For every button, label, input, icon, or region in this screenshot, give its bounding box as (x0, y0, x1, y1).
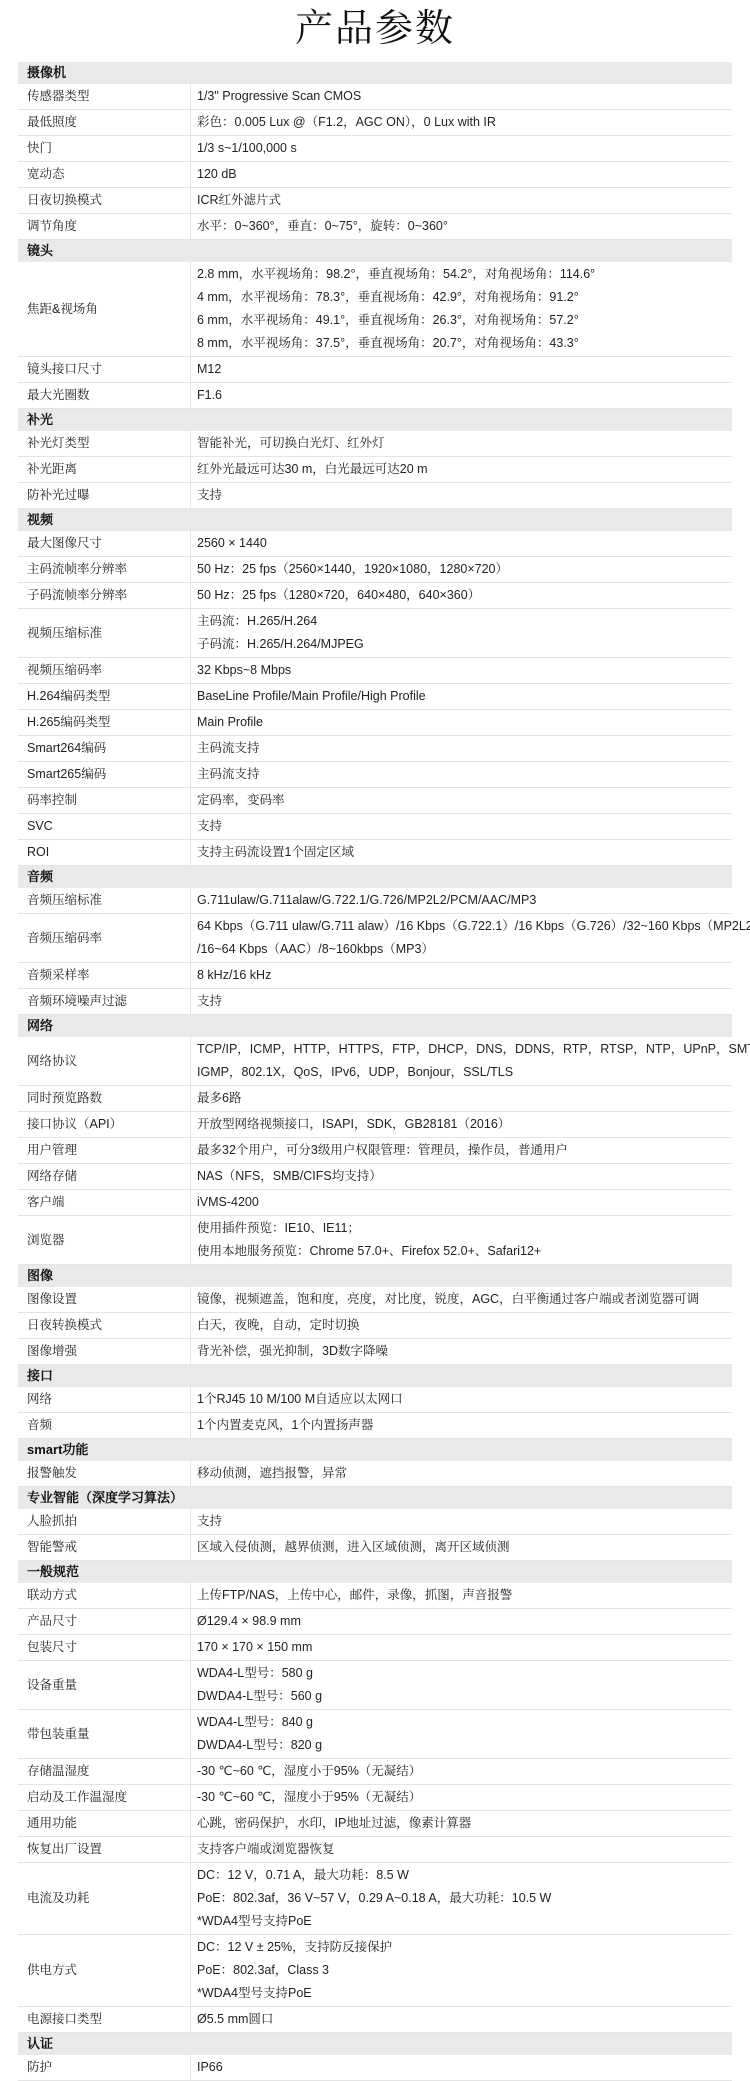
row-value: -30 ℃~60 ℃，湿度小于95%（无凝结） (190, 1785, 732, 1810)
spec-row: 日夜切换模式ICR红外滤片式 (18, 188, 732, 214)
row-value: 智能补光，可切换白光灯、红外灯 (190, 431, 732, 456)
spec-row: 补光灯类型智能补光，可切换白光灯、红外灯 (18, 431, 732, 457)
value-line: 支持 (197, 990, 730, 1013)
spec-row: 视频压缩标准主码流：H.265/H.264子码流：H.265/H.264/MJP… (18, 609, 732, 658)
spec-row: 浏览器使用插件预览：IE10、IE11；使用本地服务预览：Chrome 57.0… (18, 1216, 732, 1265)
spec-row: 传感器类型1/3" Progressive Scan CMOS (18, 84, 732, 110)
spec-row: 同时预览路数最多6路 (18, 1086, 732, 1112)
row-value: ICR红外滤片式 (190, 188, 732, 213)
spec-row: 报警触发移动侦测，遮挡报警，异常 (18, 1461, 732, 1487)
value-line: 支持 (197, 484, 730, 507)
row-label: 浏览器 (18, 1216, 190, 1264)
value-line: IGMP，802.1X，QoS，IPv6，UDP，Bonjour，SSL/TLS (197, 1061, 730, 1084)
spec-row: 接口协议（API）开放型网络视频接口，ISAPI，SDK，GB28181（201… (18, 1112, 732, 1138)
row-value: 支持主码流设置1个固定区域 (190, 840, 732, 865)
value-line: Ø5.5 mm圆口 (197, 2008, 730, 2031)
value-line: NAS（NFS，SMB/CIFS均支持） (197, 1165, 730, 1188)
row-value: Ø5.5 mm圆口 (190, 2007, 732, 2032)
section-header: 认证 (18, 2033, 732, 2055)
row-label: 补光距离 (18, 457, 190, 482)
value-line: 水平：0~360°，垂直：0~75°，旋转：0~360° (197, 215, 730, 238)
row-value: 心跳，密码保护，水印，IP地址过滤，像素计算器 (190, 1811, 732, 1836)
spec-row: 防护IP66 (18, 2055, 732, 2081)
section-header: 专业智能（深度学习算法） (18, 1487, 732, 1509)
spec-row: SVC支持 (18, 814, 732, 840)
value-line: 开放型网络视频接口，ISAPI，SDK，GB28181（2016） (197, 1113, 730, 1136)
value-line: 2.8 mm，水平视场角：98.2°，垂直视场角：54.2°，对角视场角：114… (197, 263, 730, 286)
row-value: iVMS-4200 (190, 1190, 732, 1215)
spec-row: 电流及功耗DC：12 V，0.71 A，最大功耗：8.5 WPoE：802.3a… (18, 1863, 732, 1935)
row-label: 存储温湿度 (18, 1759, 190, 1784)
section-header: 音频 (18, 866, 732, 888)
row-label: 主码流帧率分辨率 (18, 557, 190, 582)
row-value: 支持客户端或浏览器恢复 (190, 1837, 732, 1862)
value-line: 支持主码流设置1个固定区域 (197, 841, 730, 864)
value-line: DWDA4-L型号：820 g (197, 1734, 730, 1757)
section-header: 补光 (18, 409, 732, 431)
row-value: 最多6路 (190, 1086, 732, 1111)
row-value: 支持 (190, 1509, 732, 1534)
row-value: 64 Kbps（G.711 ulaw/G.711 alaw）/16 Kbps（G… (190, 914, 732, 962)
value-line: 120 dB (197, 163, 730, 186)
value-line: 50 Hz：25 fps（1280×720，640×480，640×360） (197, 584, 730, 607)
spec-row: H.264编码类型BaseLine Profile/Main Profile/H… (18, 684, 732, 710)
row-label: 码率控制 (18, 788, 190, 813)
value-line: 最多32个用户，可分3级用户权限管理：管理员，操作员，普通用户 (197, 1139, 730, 1162)
spec-row: ROI支持主码流设置1个固定区域 (18, 840, 732, 866)
row-label: 视频压缩码率 (18, 658, 190, 683)
row-label: 日夜转换模式 (18, 1313, 190, 1338)
spec-row: 镜头接口尺寸M12 (18, 357, 732, 383)
spec-row: 网络协议TCP/IP，ICMP，HTTP，HTTPS，FTP，DHCP，DNS，… (18, 1037, 732, 1086)
spec-row: 人脸抓拍支持 (18, 1509, 732, 1535)
value-line: -30 ℃~60 ℃，湿度小于95%（无凝结） (197, 1760, 730, 1783)
row-label: 供电方式 (18, 1935, 190, 2006)
row-label: 子码流帧率分辨率 (18, 583, 190, 608)
section-header: 一般规范 (18, 1561, 732, 1583)
section-header: 接口 (18, 1365, 732, 1387)
row-value: 最多32个用户，可分3级用户权限管理：管理员，操作员，普通用户 (190, 1138, 732, 1163)
spec-row: Smart264编码主码流支持 (18, 736, 732, 762)
row-value: 使用插件预览：IE10、IE11；使用本地服务预览：Chrome 57.0+、F… (190, 1216, 732, 1264)
row-value: 8 kHz/16 kHz (190, 963, 732, 988)
value-line: 上传FTP/NAS，上传中心，邮件，录像，抓图，声音报警 (197, 1584, 730, 1607)
section-header: 摄像机 (18, 62, 732, 84)
value-line: 心跳，密码保护，水印，IP地址过滤，像素计算器 (197, 1812, 730, 1835)
value-line: *WDA4型号支持PoE (197, 1910, 730, 1933)
value-line: PoE：802.3af，Class 3 (197, 1959, 730, 1982)
row-label: 设备重量 (18, 1661, 190, 1709)
spec-row: 供电方式DC：12 V ± 25%，支持防反接保护PoE：802.3af，Cla… (18, 1935, 732, 2007)
spec-row: 最大光圈数F1.6 (18, 383, 732, 409)
row-value: 红外光最远可达30 m，白光最远可达20 m (190, 457, 732, 482)
value-line: 8 mm，水平视场角：37.5°，垂直视场角：20.7°，对角视场角：43.3° (197, 332, 730, 355)
value-line: F1.6 (197, 384, 730, 407)
row-value: NAS（NFS，SMB/CIFS均支持） (190, 1164, 732, 1189)
value-line: 智能补光，可切换白光灯、红外灯 (197, 432, 730, 455)
value-line: DC：12 V，0.71 A，最大功耗：8.5 W (197, 1864, 730, 1887)
spec-row: 产品尺寸Ø129.4 × 98.9 mm (18, 1609, 732, 1635)
row-label: 通用功能 (18, 1811, 190, 1836)
spec-table: 摄像机传感器类型1/3" Progressive Scan CMOS最低照度彩色… (18, 62, 732, 2081)
value-line: IP66 (197, 2056, 730, 2079)
row-label: 带包装重量 (18, 1710, 190, 1758)
spec-row: H.265编码类型Main Profile (18, 710, 732, 736)
row-label: 快门 (18, 136, 190, 161)
section-header: 网络 (18, 1015, 732, 1037)
row-value: 32 Kbps~8 Mbps (190, 658, 732, 683)
row-value: 支持 (190, 989, 732, 1014)
spec-row: 音频压缩标准G.711ulaw/G.711alaw/G.722.1/G.726/… (18, 888, 732, 914)
value-line: ICR红外滤片式 (197, 189, 730, 212)
row-value: 1/3" Progressive Scan CMOS (190, 84, 732, 109)
value-line: /16~64 Kbps（AAC）/8~160kbps（MP3） (197, 938, 730, 961)
row-value: 50 Hz：25 fps（1280×720，640×480，640×360） (190, 583, 732, 608)
section-header: 视频 (18, 509, 732, 531)
section-header: smart功能 (18, 1439, 732, 1461)
product-spec-page: 产品参数 摄像机传感器类型1/3" Progressive Scan CMOS最… (0, 0, 750, 2081)
row-value: G.711ulaw/G.711alaw/G.722.1/G.726/MP2L2/… (190, 888, 732, 913)
value-line: BaseLine Profile/Main Profile/High Profi… (197, 685, 730, 708)
value-line: 背光补偿，强光抑制，3D数字降噪 (197, 1340, 730, 1363)
value-line: PoE：802.3af，36 V~57 V，0.29 A~0.18 A，最大功耗… (197, 1887, 730, 1910)
spec-row: 视频压缩码率32 Kbps~8 Mbps (18, 658, 732, 684)
value-line: 6 mm，水平视场角：49.1°，垂直视场角：26.3°，对角视场角：57.2° (197, 309, 730, 332)
value-line: M12 (197, 358, 730, 381)
value-line: 4 mm，水平视场角：78.3°，垂直视场角：42.9°，对角视场角：91.2° (197, 286, 730, 309)
spec-row: 主码流帧率分辨率50 Hz：25 fps（2560×1440，1920×1080… (18, 557, 732, 583)
value-line: 1个RJ45 10 M/100 M自适应以太网口 (197, 1388, 730, 1411)
row-label: 日夜切换模式 (18, 188, 190, 213)
row-value: 1个RJ45 10 M/100 M自适应以太网口 (190, 1387, 732, 1412)
row-value: 2560 × 1440 (190, 531, 732, 556)
row-value: 1/3 s~1/100,000 s (190, 136, 732, 161)
row-label: 焦距&视场角 (18, 262, 190, 356)
spec-row: 联动方式上传FTP/NAS，上传中心，邮件，录像，抓图，声音报警 (18, 1583, 732, 1609)
spec-row: 客户端iVMS-4200 (18, 1190, 732, 1216)
row-value: WDA4-L型号：840 gDWDA4-L型号：820 g (190, 1710, 732, 1758)
spec-row: 恢复出厂设置支持客户端或浏览器恢复 (18, 1837, 732, 1863)
row-value: F1.6 (190, 383, 732, 408)
value-line: 8 kHz/16 kHz (197, 964, 730, 987)
spec-row: 智能警戒区域入侵侦测，越界侦测，进入区域侦测，离开区域侦测 (18, 1535, 732, 1561)
spec-row: 电源接口类型Ø5.5 mm圆口 (18, 2007, 732, 2033)
row-label: Smart264编码 (18, 736, 190, 761)
row-value: Main Profile (190, 710, 732, 735)
row-label: 宽动态 (18, 162, 190, 187)
spec-row: 包装尺寸170 × 170 × 150 mm (18, 1635, 732, 1661)
spec-row: 网络1个RJ45 10 M/100 M自适应以太网口 (18, 1387, 732, 1413)
row-value: BaseLine Profile/Main Profile/High Profi… (190, 684, 732, 709)
spec-row: 日夜转换模式白天，夜晚，自动，定时切换 (18, 1313, 732, 1339)
row-label: 接口协议（API） (18, 1112, 190, 1137)
row-label: 视频压缩标准 (18, 609, 190, 657)
row-label: 音频压缩标准 (18, 888, 190, 913)
row-value: 1个内置麦克风，1个内置扬声器 (190, 1413, 732, 1438)
row-label: 包装尺寸 (18, 1635, 190, 1660)
row-label: 调节角度 (18, 214, 190, 239)
value-line: WDA4-L型号：840 g (197, 1711, 730, 1734)
spec-row: 音频采样率8 kHz/16 kHz (18, 963, 732, 989)
page-title: 产品参数 (0, 0, 750, 62)
value-line: 主码流：H.265/H.264 (197, 610, 730, 633)
row-value: 上传FTP/NAS，上传中心，邮件，录像，抓图，声音报警 (190, 1583, 732, 1608)
spec-row: 存储温湿度-30 ℃~60 ℃，湿度小于95%（无凝结） (18, 1759, 732, 1785)
row-value: 支持 (190, 814, 732, 839)
section-header: 图像 (18, 1265, 732, 1287)
spec-row: 启动及工作温湿度-30 ℃~60 ℃，湿度小于95%（无凝结） (18, 1785, 732, 1811)
row-label: 音频 (18, 1413, 190, 1438)
value-line: 支持客户端或浏览器恢复 (197, 1838, 730, 1861)
row-value: 支持 (190, 483, 732, 508)
row-value: 移动侦测，遮挡报警，异常 (190, 1461, 732, 1486)
spec-row: 图像增强背光补偿，强光抑制，3D数字降噪 (18, 1339, 732, 1365)
spec-row: Smart265编码主码流支持 (18, 762, 732, 788)
spec-row: 最大图像尺寸2560 × 1440 (18, 531, 732, 557)
row-value: 白天，夜晚，自动，定时切换 (190, 1313, 732, 1338)
value-line: 使用本地服务预览：Chrome 57.0+、Firefox 52.0+、Safa… (197, 1240, 730, 1263)
value-line: 主码流支持 (197, 737, 730, 760)
row-value: 镜像，视频遮盖，饱和度，亮度，对比度，锐度，AGC，白平衡通过客户端或者浏览器可… (190, 1287, 732, 1312)
value-line: Main Profile (197, 711, 730, 734)
row-label: 客户端 (18, 1190, 190, 1215)
row-label: 最大光圈数 (18, 383, 190, 408)
row-label: H.265编码类型 (18, 710, 190, 735)
value-line: 区域入侵侦测，越界侦测，进入区域侦测，离开区域侦测 (197, 1536, 730, 1559)
spec-row: 最低照度彩色：0.005 Lux @（F1.2，AGC ON），0 Lux wi… (18, 110, 732, 136)
row-label: 产品尺寸 (18, 1609, 190, 1634)
spec-row: 子码流帧率分辨率50 Hz：25 fps（1280×720，640×480，64… (18, 583, 732, 609)
value-line: DC：12 V ± 25%，支持防反接保护 (197, 1936, 730, 1959)
value-line: TCP/IP，ICMP，HTTP，HTTPS，FTP，DHCP，DNS，DDNS… (197, 1038, 730, 1061)
row-label: 最低照度 (18, 110, 190, 135)
value-line: WDA4-L型号：580 g (197, 1662, 730, 1685)
value-line: 白天，夜晚，自动，定时切换 (197, 1314, 730, 1337)
row-label: 联动方式 (18, 1583, 190, 1608)
row-label: 镜头接口尺寸 (18, 357, 190, 382)
spec-row: 码率控制定码率，变码率 (18, 788, 732, 814)
row-value: 水平：0~360°，垂直：0~75°，旋转：0~360° (190, 214, 732, 239)
value-line: 定码率，变码率 (197, 789, 730, 812)
spec-row: 调节角度水平：0~360°，垂直：0~75°，旋转：0~360° (18, 214, 732, 240)
row-label: 电流及功耗 (18, 1863, 190, 1934)
spec-row: 带包装重量WDA4-L型号：840 gDWDA4-L型号：820 g (18, 1710, 732, 1759)
value-line: 镜像，视频遮盖，饱和度，亮度，对比度，锐度，AGC，白平衡通过客户端或者浏览器可… (197, 1288, 730, 1311)
value-line: Ø129.4 × 98.9 mm (197, 1610, 730, 1633)
row-value: -30 ℃~60 ℃，湿度小于95%（无凝结） (190, 1759, 732, 1784)
value-line: G.711ulaw/G.711alaw/G.722.1/G.726/MP2L2/… (197, 889, 730, 912)
value-line: 主码流支持 (197, 763, 730, 786)
row-value: DC：12 V，0.71 A，最大功耗：8.5 WPoE：802.3af，36 … (190, 1863, 732, 1934)
row-value: 170 × 170 × 150 mm (190, 1635, 732, 1660)
row-value: 开放型网络视频接口，ISAPI，SDK，GB28181（2016） (190, 1112, 732, 1137)
spec-row: 音频1个内置麦克风，1个内置扬声器 (18, 1413, 732, 1439)
value-line: 2560 × 1440 (197, 532, 730, 555)
row-value: 120 dB (190, 162, 732, 187)
row-label: 图像增强 (18, 1339, 190, 1364)
row-label: 电源接口类型 (18, 2007, 190, 2032)
value-line: 支持 (197, 1510, 730, 1533)
row-value: 50 Hz：25 fps（2560×1440，1920×1080，1280×72… (190, 557, 732, 582)
value-line: 64 Kbps（G.711 ulaw/G.711 alaw）/16 Kbps（G… (197, 915, 730, 938)
spec-row: 防补光过曝支持 (18, 483, 732, 509)
row-label: 音频环境噪声过滤 (18, 989, 190, 1014)
row-label: 图像设置 (18, 1287, 190, 1312)
row-label: 人脸抓拍 (18, 1509, 190, 1534)
value-line: 移动侦测，遮挡报警，异常 (197, 1462, 730, 1485)
value-line: 子码流：H.265/H.264/MJPEG (197, 633, 730, 656)
spec-row: 图像设置镜像，视频遮盖，饱和度，亮度，对比度，锐度，AGC，白平衡通过客户端或者… (18, 1287, 732, 1313)
spec-row: 通用功能心跳，密码保护，水印，IP地址过滤，像素计算器 (18, 1811, 732, 1837)
row-value: M12 (190, 357, 732, 382)
row-value: 背光补偿，强光抑制，3D数字降噪 (190, 1339, 732, 1364)
spec-row: 用户管理最多32个用户，可分3级用户权限管理：管理员，操作员，普通用户 (18, 1138, 732, 1164)
row-label: 防护 (18, 2055, 190, 2080)
row-label: SVC (18, 814, 190, 839)
value-line: 支持 (197, 815, 730, 838)
value-line: -30 ℃~60 ℃，湿度小于95%（无凝结） (197, 1786, 730, 1809)
spec-row: 网络存储NAS（NFS，SMB/CIFS均支持） (18, 1164, 732, 1190)
row-label: 补光灯类型 (18, 431, 190, 456)
value-line: iVMS-4200 (197, 1191, 730, 1214)
value-line: 最多6路 (197, 1087, 730, 1110)
value-line: 32 Kbps~8 Mbps (197, 659, 730, 682)
row-value: DC：12 V ± 25%，支持防反接保护PoE：802.3af，Class 3… (190, 1935, 732, 2006)
row-label: 防补光过曝 (18, 483, 190, 508)
row-value: WDA4-L型号：580 gDWDA4-L型号：560 g (190, 1661, 732, 1709)
row-label: 网络存储 (18, 1164, 190, 1189)
row-value: Ø129.4 × 98.9 mm (190, 1609, 732, 1634)
spec-row: 宽动态120 dB (18, 162, 732, 188)
value-line: DWDA4-L型号：560 g (197, 1685, 730, 1708)
row-value: TCP/IP，ICMP，HTTP，HTTPS，FTP，DHCP，DNS，DDNS… (190, 1037, 732, 1085)
row-label: 智能警戒 (18, 1535, 190, 1560)
row-label: H.264编码类型 (18, 684, 190, 709)
row-value: 区域入侵侦测，越界侦测，进入区域侦测，离开区域侦测 (190, 1535, 732, 1560)
row-label: 音频采样率 (18, 963, 190, 988)
row-label: 网络协议 (18, 1037, 190, 1085)
row-label: 恢复出厂设置 (18, 1837, 190, 1862)
value-line: 1个内置麦克风，1个内置扬声器 (197, 1414, 730, 1437)
spec-row: 设备重量WDA4-L型号：580 gDWDA4-L型号：560 g (18, 1661, 732, 1710)
row-value: 主码流：H.265/H.264子码流：H.265/H.264/MJPEG (190, 609, 732, 657)
row-value: 主码流支持 (190, 762, 732, 787)
value-line: 1/3" Progressive Scan CMOS (197, 85, 730, 108)
row-label: 最大图像尺寸 (18, 531, 190, 556)
spec-row: 补光距离红外光最远可达30 m，白光最远可达20 m (18, 457, 732, 483)
row-label: 用户管理 (18, 1138, 190, 1163)
spec-row: 快门1/3 s~1/100,000 s (18, 136, 732, 162)
row-label: 报警触发 (18, 1461, 190, 1486)
value-line: 使用插件预览：IE10、IE11； (197, 1217, 730, 1240)
row-label: 同时预览路数 (18, 1086, 190, 1111)
row-value: 彩色：0.005 Lux @（F1.2，AGC ON），0 Lux with I… (190, 110, 732, 135)
row-label: 传感器类型 (18, 84, 190, 109)
value-line: 1/3 s~1/100,000 s (197, 137, 730, 160)
value-line: 50 Hz：25 fps（2560×1440，1920×1080，1280×72… (197, 558, 730, 581)
spec-row: 焦距&视场角2.8 mm，水平视场角：98.2°，垂直视场角：54.2°，对角视… (18, 262, 732, 357)
row-label: ROI (18, 840, 190, 865)
section-header: 镜头 (18, 240, 732, 262)
row-label: 音频压缩码率 (18, 914, 190, 962)
row-value: 主码流支持 (190, 736, 732, 761)
row-value: IP66 (190, 2055, 732, 2080)
row-label: 网络 (18, 1387, 190, 1412)
value-line: 彩色：0.005 Lux @（F1.2，AGC ON），0 Lux with I… (197, 111, 730, 134)
row-label: 启动及工作温湿度 (18, 1785, 190, 1810)
spec-row: 音频压缩码率64 Kbps（G.711 ulaw/G.711 alaw）/16 … (18, 914, 732, 963)
value-line: 170 × 170 × 150 mm (197, 1636, 730, 1659)
spec-row: 音频环境噪声过滤支持 (18, 989, 732, 1015)
row-value: 2.8 mm，水平视场角：98.2°，垂直视场角：54.2°，对角视场角：114… (190, 262, 732, 356)
row-label: Smart265编码 (18, 762, 190, 787)
value-line: 红外光最远可达30 m，白光最远可达20 m (197, 458, 730, 481)
row-value: 定码率，变码率 (190, 788, 732, 813)
